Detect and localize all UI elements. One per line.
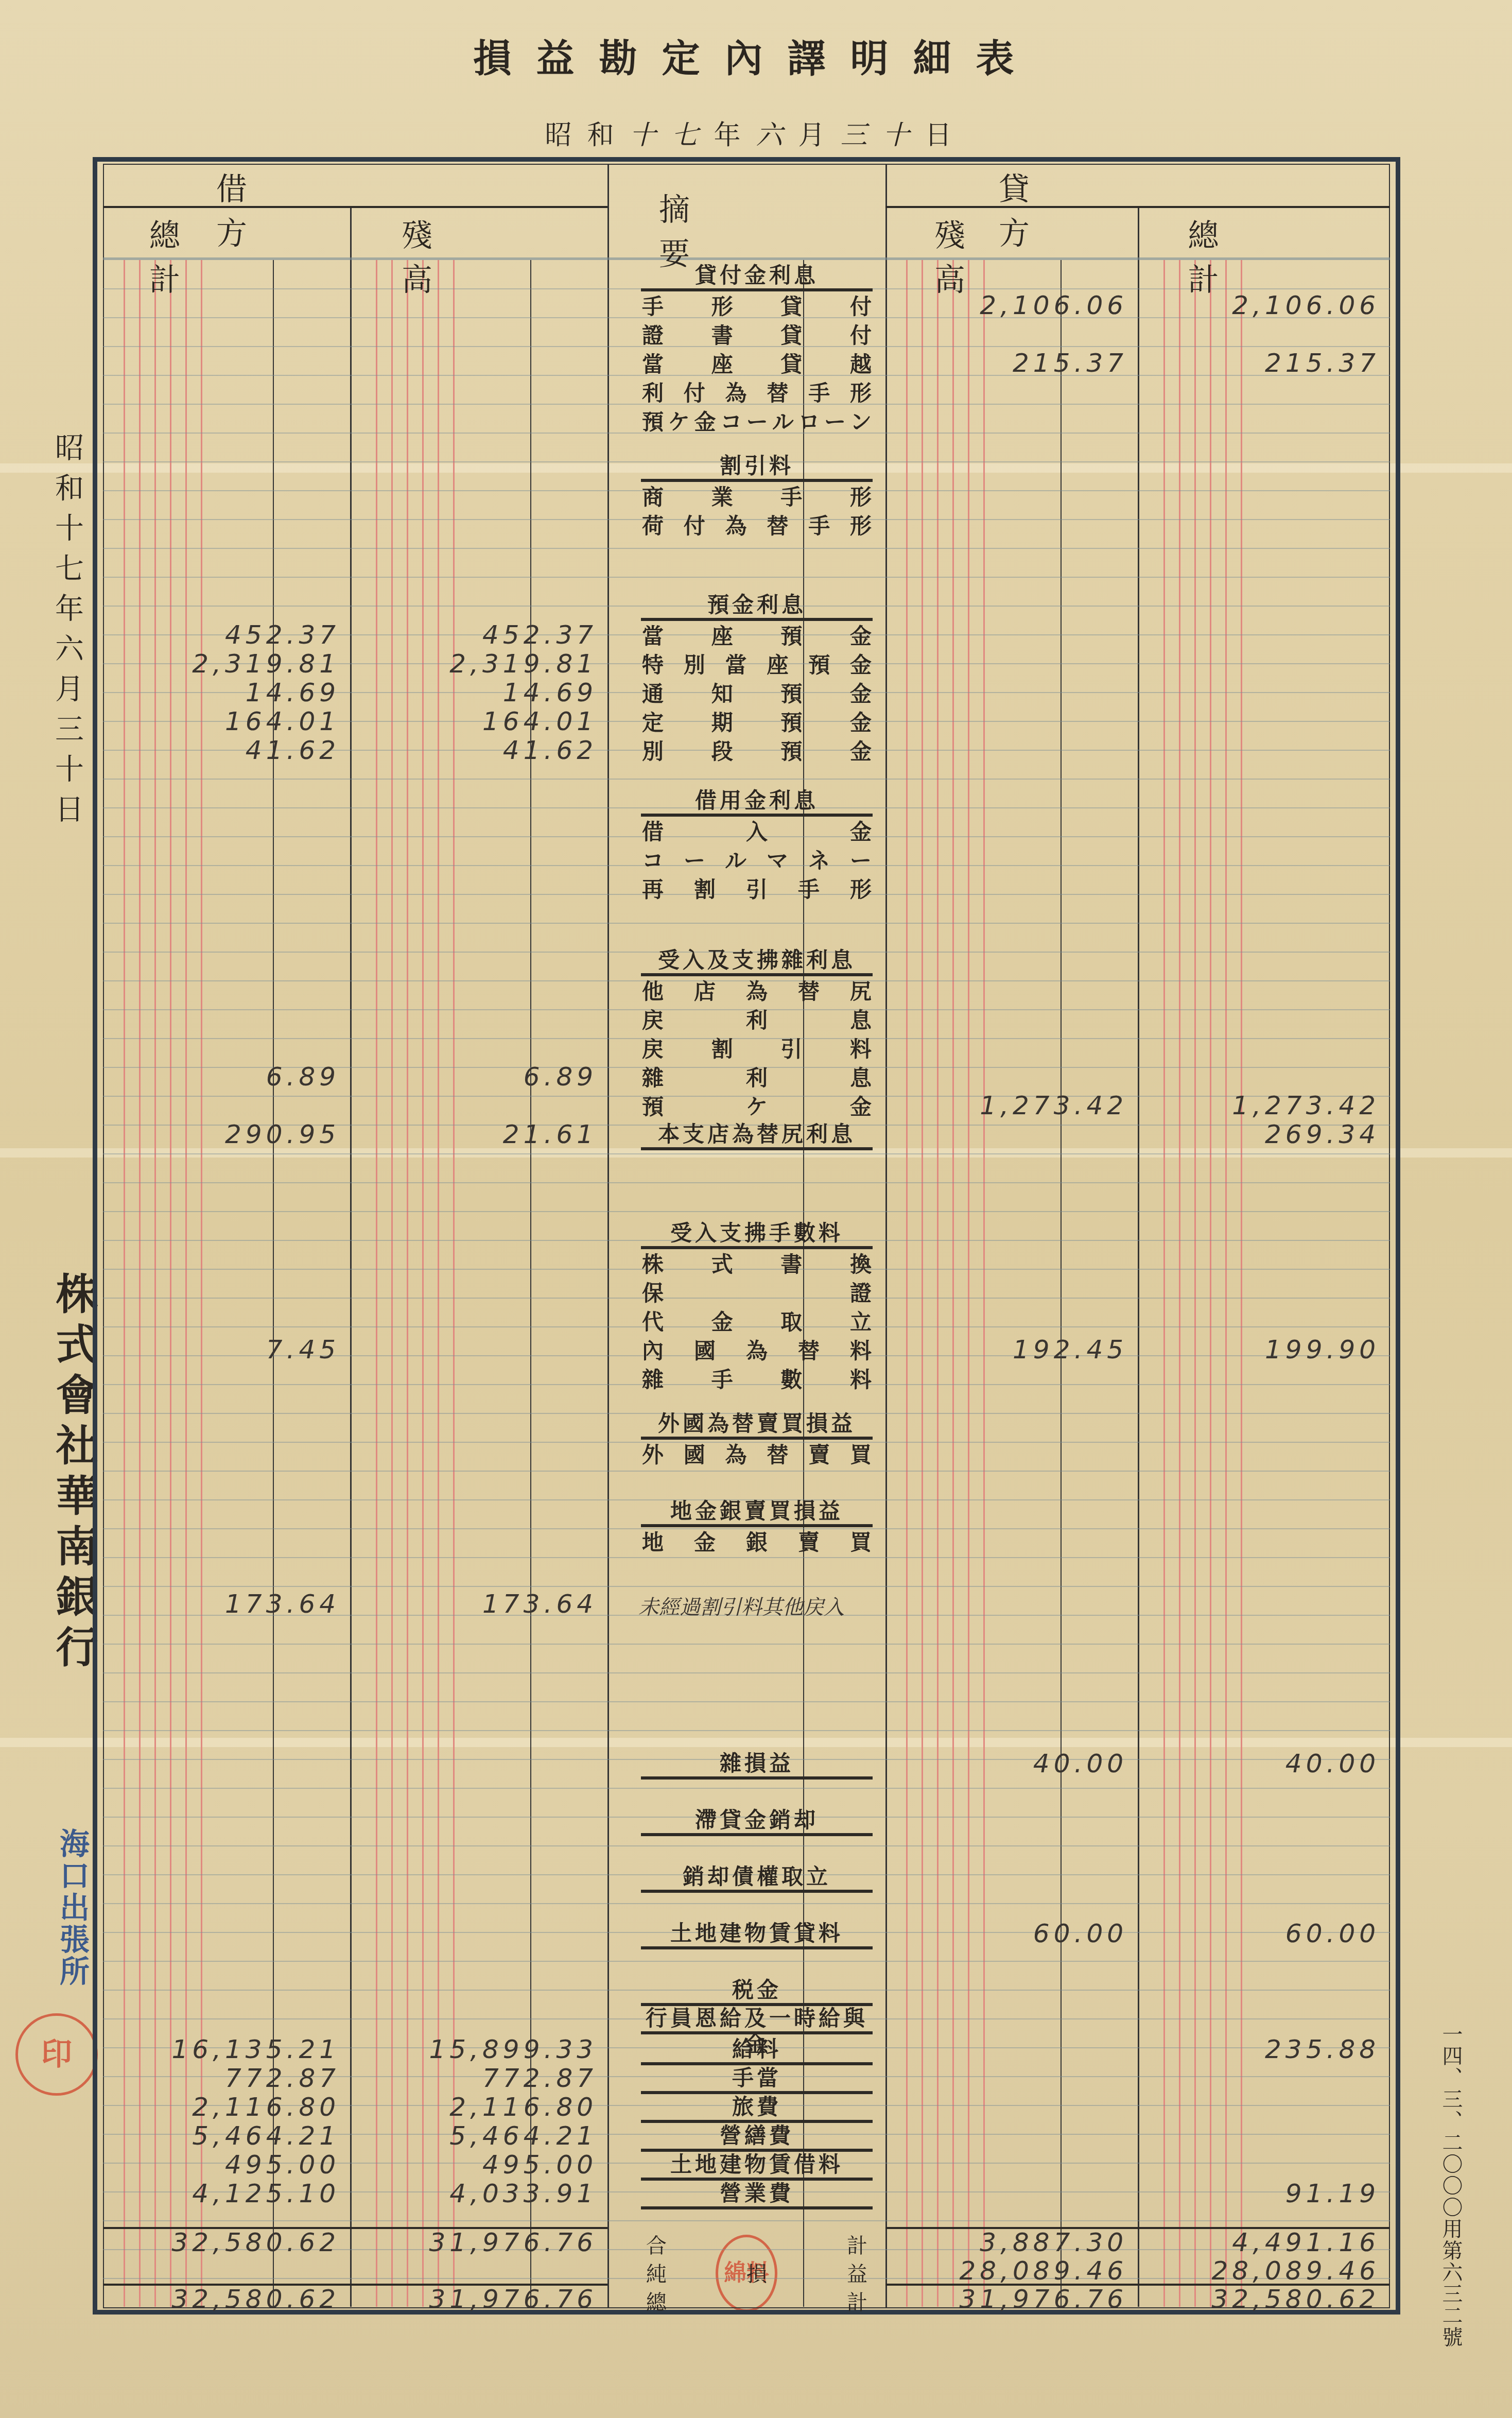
- year-unit: 年: [714, 120, 756, 151]
- section-heading-cell: 借用金利息: [641, 788, 873, 817]
- section-heading-cell: 地金銀賣買損益: [641, 1498, 873, 1527]
- line-item-cell: 通知預金: [641, 680, 873, 709]
- red-rule: [1179, 260, 1180, 2307]
- line-item: 戻割引料: [641, 1035, 873, 1064]
- row-rule: [103, 548, 1390, 549]
- credit-total-amount: 215.37: [1143, 348, 1380, 378]
- debit-total-amount: 452.37: [103, 620, 340, 650]
- line-item: 預ケ金コールローン: [641, 408, 873, 437]
- line-item: 本支店為替尻利息: [641, 1121, 873, 1150]
- single-row-label: 税金: [641, 1977, 873, 2006]
- line-item: 代金取立: [641, 1308, 873, 1337]
- debit-balance-amount: 495.00: [355, 2150, 597, 2180]
- single-row-label-cell: 行員恩給及一時給與金: [641, 2006, 873, 2034]
- red-rule: [1225, 260, 1227, 2307]
- row-rule: [103, 1211, 1390, 1212]
- red-rule: [422, 260, 424, 2307]
- totals-label-char: 純: [646, 2258, 667, 2287]
- row-rule: [103, 1730, 1390, 1731]
- red-rule: [968, 260, 969, 2307]
- section-heading-cell: 受入及支拂雜利息: [641, 947, 873, 976]
- row-rule: [103, 577, 1390, 578]
- credit-total-amount: 91.19: [1143, 2179, 1380, 2208]
- credit-total-amount: 235.88: [1143, 2034, 1380, 2064]
- single-row-label: 滯貸金銷却: [641, 1807, 873, 1836]
- expense-row-label: 營業費: [641, 2181, 873, 2209]
- row-rule: [103, 1557, 1390, 1558]
- line-item-cell: 戻利息: [641, 1006, 873, 1035]
- credit-balance-amount: 192.45: [891, 1335, 1127, 1365]
- debit-balance-amount: 2,116.80: [355, 2092, 597, 2122]
- form-number: 一四、三、二〇〇〇用第六三二號: [1436, 2024, 1466, 2348]
- debit-balance-amount: 31,976.76: [355, 2227, 597, 2257]
- red-rule: [983, 260, 985, 2307]
- debit-total-amount: 16,135.21: [103, 2034, 340, 2064]
- red-rule: [376, 260, 377, 2307]
- debit-balance-header: 殘高: [355, 211, 602, 300]
- debit-balance-amount: 15,899.33: [355, 2034, 597, 2064]
- row-rule: [103, 1672, 1390, 1673]
- month-hand: 六: [756, 120, 798, 151]
- credit-balance-amount: 28,089.46: [891, 2256, 1127, 2286]
- credit-balance-amount: 2,106.06: [891, 290, 1127, 320]
- section-heading: 預金利息: [641, 592, 873, 621]
- totals-label: 純損益: [641, 2258, 873, 2287]
- expense-row-label: 旅費: [641, 2094, 873, 2123]
- single-row-label: 土地建物賃貸料: [641, 1921, 873, 1949]
- expense-row-label-cell: 營業費: [641, 2181, 873, 2209]
- line-item-cell: 他店為替尻: [641, 977, 873, 1006]
- credit-total-amount: 2,106.06: [1143, 290, 1380, 320]
- debit-total-amount: 5,464.21: [103, 2121, 340, 2151]
- debit-balance-amount: 21.61: [355, 1119, 597, 1149]
- line-item: 株式書換: [641, 1250, 873, 1279]
- line-item-cell: 定期預金: [641, 709, 873, 737]
- debit-total-amount: 6.89: [103, 1062, 340, 1092]
- line-item-cell: 本支店為替尻利息: [641, 1121, 873, 1150]
- expense-row-label-cell: 旅費: [641, 2094, 873, 2123]
- row-rule: [103, 923, 1390, 924]
- expense-row-label-cell: 給料: [641, 2036, 873, 2065]
- cents-divider: [530, 260, 531, 2307]
- expense-row-label-cell: 手當: [641, 2065, 873, 2094]
- row-rule: [103, 1586, 1390, 1587]
- single-row-label-cell: 滯貸金銷却: [641, 1807, 873, 1836]
- summary-header: 摘要: [607, 185, 885, 274]
- section-heading: 地金銀賣買損益: [641, 1498, 873, 1527]
- line-item-cell: コールマネー: [641, 847, 873, 875]
- row-rule: [103, 779, 1390, 780]
- line-item: 地金銀賣買: [641, 1528, 873, 1557]
- debit-total-amount: 41.62: [103, 735, 340, 765]
- credit-balance-amount: 31,976.76: [891, 2284, 1127, 2314]
- line-item: 手形貸付: [641, 292, 873, 321]
- line-item-cell: 利付為替手形: [641, 379, 873, 408]
- line-item: 定期預金: [641, 709, 873, 737]
- debit-balance-amount: 41.62: [355, 735, 597, 765]
- line-item-cell: 雜手數料: [641, 1366, 873, 1394]
- red-rule: [139, 260, 141, 2307]
- credit-total-amount: 32,580.62: [1143, 2284, 1380, 2314]
- document-date: 昭和十七年六月三十日: [0, 113, 1512, 152]
- credit-total-amount: 1,273.42: [1143, 1091, 1380, 1120]
- line-item: 當座預金: [641, 622, 873, 651]
- line-item: 雜手數料: [641, 1366, 873, 1394]
- single-row-label: 行員恩給及一時給與金: [641, 2006, 873, 2034]
- line-item: 內國為替料: [641, 1337, 873, 1366]
- debit-total-amount: 32,580.62: [103, 2227, 340, 2257]
- credit-total-amount: 269.34: [1143, 1119, 1380, 1149]
- totals-label: 總計: [641, 2286, 873, 2316]
- debit-total-amount: 173.64: [103, 1589, 340, 1619]
- line-item-cell: 別段預金: [641, 737, 873, 766]
- single-row-label-cell: 雜損益: [641, 1751, 873, 1780]
- col-divider: [350, 206, 352, 2307]
- total-rule: [885, 2284, 1390, 2286]
- debit-balance-amount: 772.87: [355, 2063, 597, 2093]
- line-item: 通知預金: [641, 680, 873, 709]
- red-rule: [391, 260, 393, 2307]
- red-rule: [154, 260, 156, 2307]
- credit-total-amount: 28,089.46: [1143, 2256, 1380, 2286]
- debit-balance-amount: 5,464.21: [355, 2121, 597, 2151]
- cents-divider: [273, 260, 274, 2307]
- single-row-label-cell: 銷却債權取立: [641, 1864, 873, 1893]
- red-rule: [438, 260, 439, 2307]
- row-rule: [103, 1903, 1390, 1904]
- line-item-cell: 株式書換: [641, 1250, 873, 1279]
- line-item: 當座貸越: [641, 350, 873, 379]
- row-rule: [103, 1644, 1390, 1645]
- red-rule: [952, 260, 954, 2307]
- line-item-cell: 保證: [641, 1279, 873, 1308]
- totals-label-char: 合: [646, 2230, 667, 2259]
- debit-total-amount: 14.69: [103, 678, 340, 707]
- line-item-cell: 雜利息: [641, 1064, 873, 1093]
- line-item: コールマネー: [641, 847, 873, 875]
- row-rule: [103, 1845, 1390, 1846]
- row-rule: [103, 1471, 1390, 1472]
- red-rule: [922, 260, 923, 2307]
- credit-balance-amount: 40.00: [891, 1749, 1127, 1778]
- day-hand: 三十: [841, 120, 925, 151]
- expense-row-label: 營繕費: [641, 2123, 873, 2152]
- credit-balance-amount: 215.37: [891, 348, 1127, 378]
- red-rule: [1241, 260, 1242, 2307]
- section-heading: 外國為替賣買損益: [641, 1411, 873, 1440]
- totals-label-char: 益: [847, 2258, 867, 2287]
- line-item-cell: 外國為替賣買: [641, 1441, 873, 1470]
- totals-label: 合計: [641, 2230, 873, 2259]
- expense-row-label: 土地建物賃借料: [641, 2152, 873, 2181]
- line-item: 他店為替尻: [641, 977, 873, 1006]
- line-item-cell: 預ケ金: [641, 1093, 873, 1121]
- section-heading-cell: 預金利息: [641, 592, 873, 621]
- credit-total-amount: 40.00: [1143, 1749, 1380, 1778]
- debit-total-amount: 2,319.81: [103, 649, 340, 679]
- line-item: 荷付為替手形: [641, 512, 873, 541]
- section-heading: 割引料: [641, 453, 873, 482]
- line-item-cell: 再割引手形: [641, 875, 873, 904]
- line-item: 外國為替賣買: [641, 1441, 873, 1470]
- single-row-label-cell: 税金: [641, 1977, 873, 2006]
- totals-label-char: 損: [746, 2258, 767, 2287]
- side-date: 昭和十七年六月三十日: [46, 433, 88, 834]
- red-rule: [124, 260, 125, 2307]
- line-item-cell: 地金銀賣買: [641, 1528, 873, 1557]
- debit-total-amount: 290.95: [103, 1119, 340, 1149]
- total-rule: [103, 2284, 607, 2286]
- line-item: 雜利息: [641, 1064, 873, 1093]
- line-item-cell: 借入金: [641, 818, 873, 847]
- debit-total-amount: 7.45: [103, 1335, 340, 1365]
- line-item: 利付為替手形: [641, 379, 873, 408]
- section-heading: 貸付金利息: [641, 263, 873, 291]
- red-rule: [937, 260, 939, 2307]
- line-item: 再割引手形: [641, 875, 873, 904]
- red-rule: [453, 260, 455, 2307]
- debit-total-amount: 772.87: [103, 2063, 340, 2093]
- line-item: 戻利息: [641, 1006, 873, 1035]
- expense-row-label: 手當: [641, 2065, 873, 2094]
- row-rule: [103, 1182, 1390, 1183]
- debit-balance-amount: 4,033.91: [355, 2179, 597, 2208]
- debit-balance-amount: 164.01: [355, 706, 597, 736]
- red-rule: [185, 260, 187, 2307]
- line-item-cell: 代金取立: [641, 1308, 873, 1337]
- red-rule: [407, 260, 408, 2307]
- single-row-label: 雜損益: [641, 1751, 873, 1780]
- totals-label-char: 計: [847, 2286, 867, 2316]
- era: 昭和: [545, 120, 629, 151]
- debit-total-header: 總計: [103, 211, 350, 300]
- totals-label-char: 總: [646, 2286, 667, 2316]
- expense-row-label: 給料: [641, 2036, 873, 2065]
- credit-total-amount: 60.00: [1143, 1919, 1380, 1948]
- line-item-cell: 證書貸付: [641, 321, 873, 350]
- section-heading-cell: 割引料: [641, 453, 873, 482]
- single-row-label-cell: 土地建物賃貸料: [641, 1921, 873, 1949]
- red-rule: [1210, 260, 1211, 2307]
- debit-total-amount: 164.01: [103, 706, 340, 736]
- red-rule: [1194, 260, 1196, 2307]
- expense-row-label-cell: 營繕費: [641, 2123, 873, 2152]
- line-item-cell: 荷付為替手形: [641, 512, 873, 541]
- line-item: 保證: [641, 1279, 873, 1308]
- line-item-cell: 當座預金: [641, 622, 873, 651]
- total-rule: [885, 2227, 1390, 2229]
- col-divider: [1138, 206, 1139, 2307]
- document-title: 損益勘定內譯明細表: [0, 28, 1512, 83]
- section-heading: 受入及支拂雜利息: [641, 947, 873, 976]
- line-item-cell: 特別當座預金: [641, 651, 873, 680]
- credit-balance-amount: 60.00: [891, 1919, 1127, 1948]
- line-item: 特別當座預金: [641, 651, 873, 680]
- debit-balance-amount: 14.69: [355, 678, 597, 707]
- row-rule: [103, 2220, 1390, 2221]
- credit-balance-header: 殘高: [885, 211, 1138, 300]
- red-rule: [170, 260, 171, 2307]
- red-rule: [906, 260, 908, 2307]
- line-item-cell: 內國為替料: [641, 1337, 873, 1366]
- line-item: 別段預金: [641, 737, 873, 766]
- line-item-cell: 戻割引料: [641, 1035, 873, 1064]
- line-item-cell: 商業手形: [641, 483, 873, 512]
- credit-balance-amount: 3,887.30: [891, 2227, 1127, 2257]
- debit-balance-amount: 173.64: [355, 1589, 597, 1619]
- debit-total-amount: 2,116.80: [103, 2092, 340, 2122]
- debit-total-amount: 4,125.10: [103, 2179, 340, 2208]
- debit-total-amount: 32,580.62: [103, 2284, 340, 2314]
- cents-divider: [1061, 260, 1062, 2307]
- col-divider: [607, 164, 609, 2308]
- day-unit: 日: [925, 120, 967, 151]
- credit-total-amount: 4,491.16: [1143, 2227, 1380, 2257]
- bank-seal: 印: [15, 2013, 98, 2096]
- handwritten-entry-label: 未經過割引料其他戻入: [638, 1591, 880, 1620]
- section-heading-cell: 貸付金利息: [641, 263, 873, 291]
- credit-total-amount: 199.90: [1143, 1335, 1380, 1365]
- debit-total-amount: 495.00: [103, 2150, 340, 2180]
- section-heading-cell: 受入支拂手數料: [641, 1220, 873, 1249]
- section-heading: 受入支拂手數料: [641, 1220, 873, 1249]
- line-item: 預ケ金: [641, 1093, 873, 1121]
- section-heading: 借用金利息: [641, 788, 873, 817]
- single-row-label: 銷却債權取立: [641, 1864, 873, 1893]
- row-rule: [103, 1701, 1390, 1702]
- expense-row-label-cell: 土地建物賃借料: [641, 2152, 873, 2181]
- row-rule: [103, 1153, 1390, 1154]
- debit-balance-amount: 452.37: [355, 620, 597, 650]
- credit-total-header: 總計: [1140, 211, 1390, 300]
- line-item-cell: 預ケ金コールローン: [641, 408, 873, 437]
- row-rule: [103, 1961, 1390, 1962]
- debit-balance-amount: 31,976.76: [355, 2284, 597, 2314]
- line-item: 商業手形: [641, 483, 873, 512]
- section-heading-cell: 外國為替賣買損益: [641, 1411, 873, 1440]
- totals-label-char: 計: [847, 2230, 867, 2259]
- credit-balance-amount: 1,273.42: [891, 1091, 1127, 1120]
- branch-stamp: 海口出張所: [50, 1828, 94, 1988]
- month-unit: 月: [798, 120, 841, 151]
- red-rule: [201, 260, 202, 2307]
- total-rule: [103, 2227, 607, 2229]
- row-rule: [103, 1788, 1390, 1789]
- debit-balance-amount: 6.89: [355, 1062, 597, 1092]
- red-rule: [1163, 260, 1165, 2307]
- year-hand: 十七: [629, 120, 714, 151]
- line-item: 證書貸付: [641, 321, 873, 350]
- line-item-cell: 當座貸越: [641, 350, 873, 379]
- line-item-cell: 手形貸付: [641, 292, 873, 321]
- col-divider: [885, 164, 887, 2308]
- line-item: 借入金: [641, 818, 873, 847]
- debit-balance-amount: 2,319.81: [355, 649, 597, 679]
